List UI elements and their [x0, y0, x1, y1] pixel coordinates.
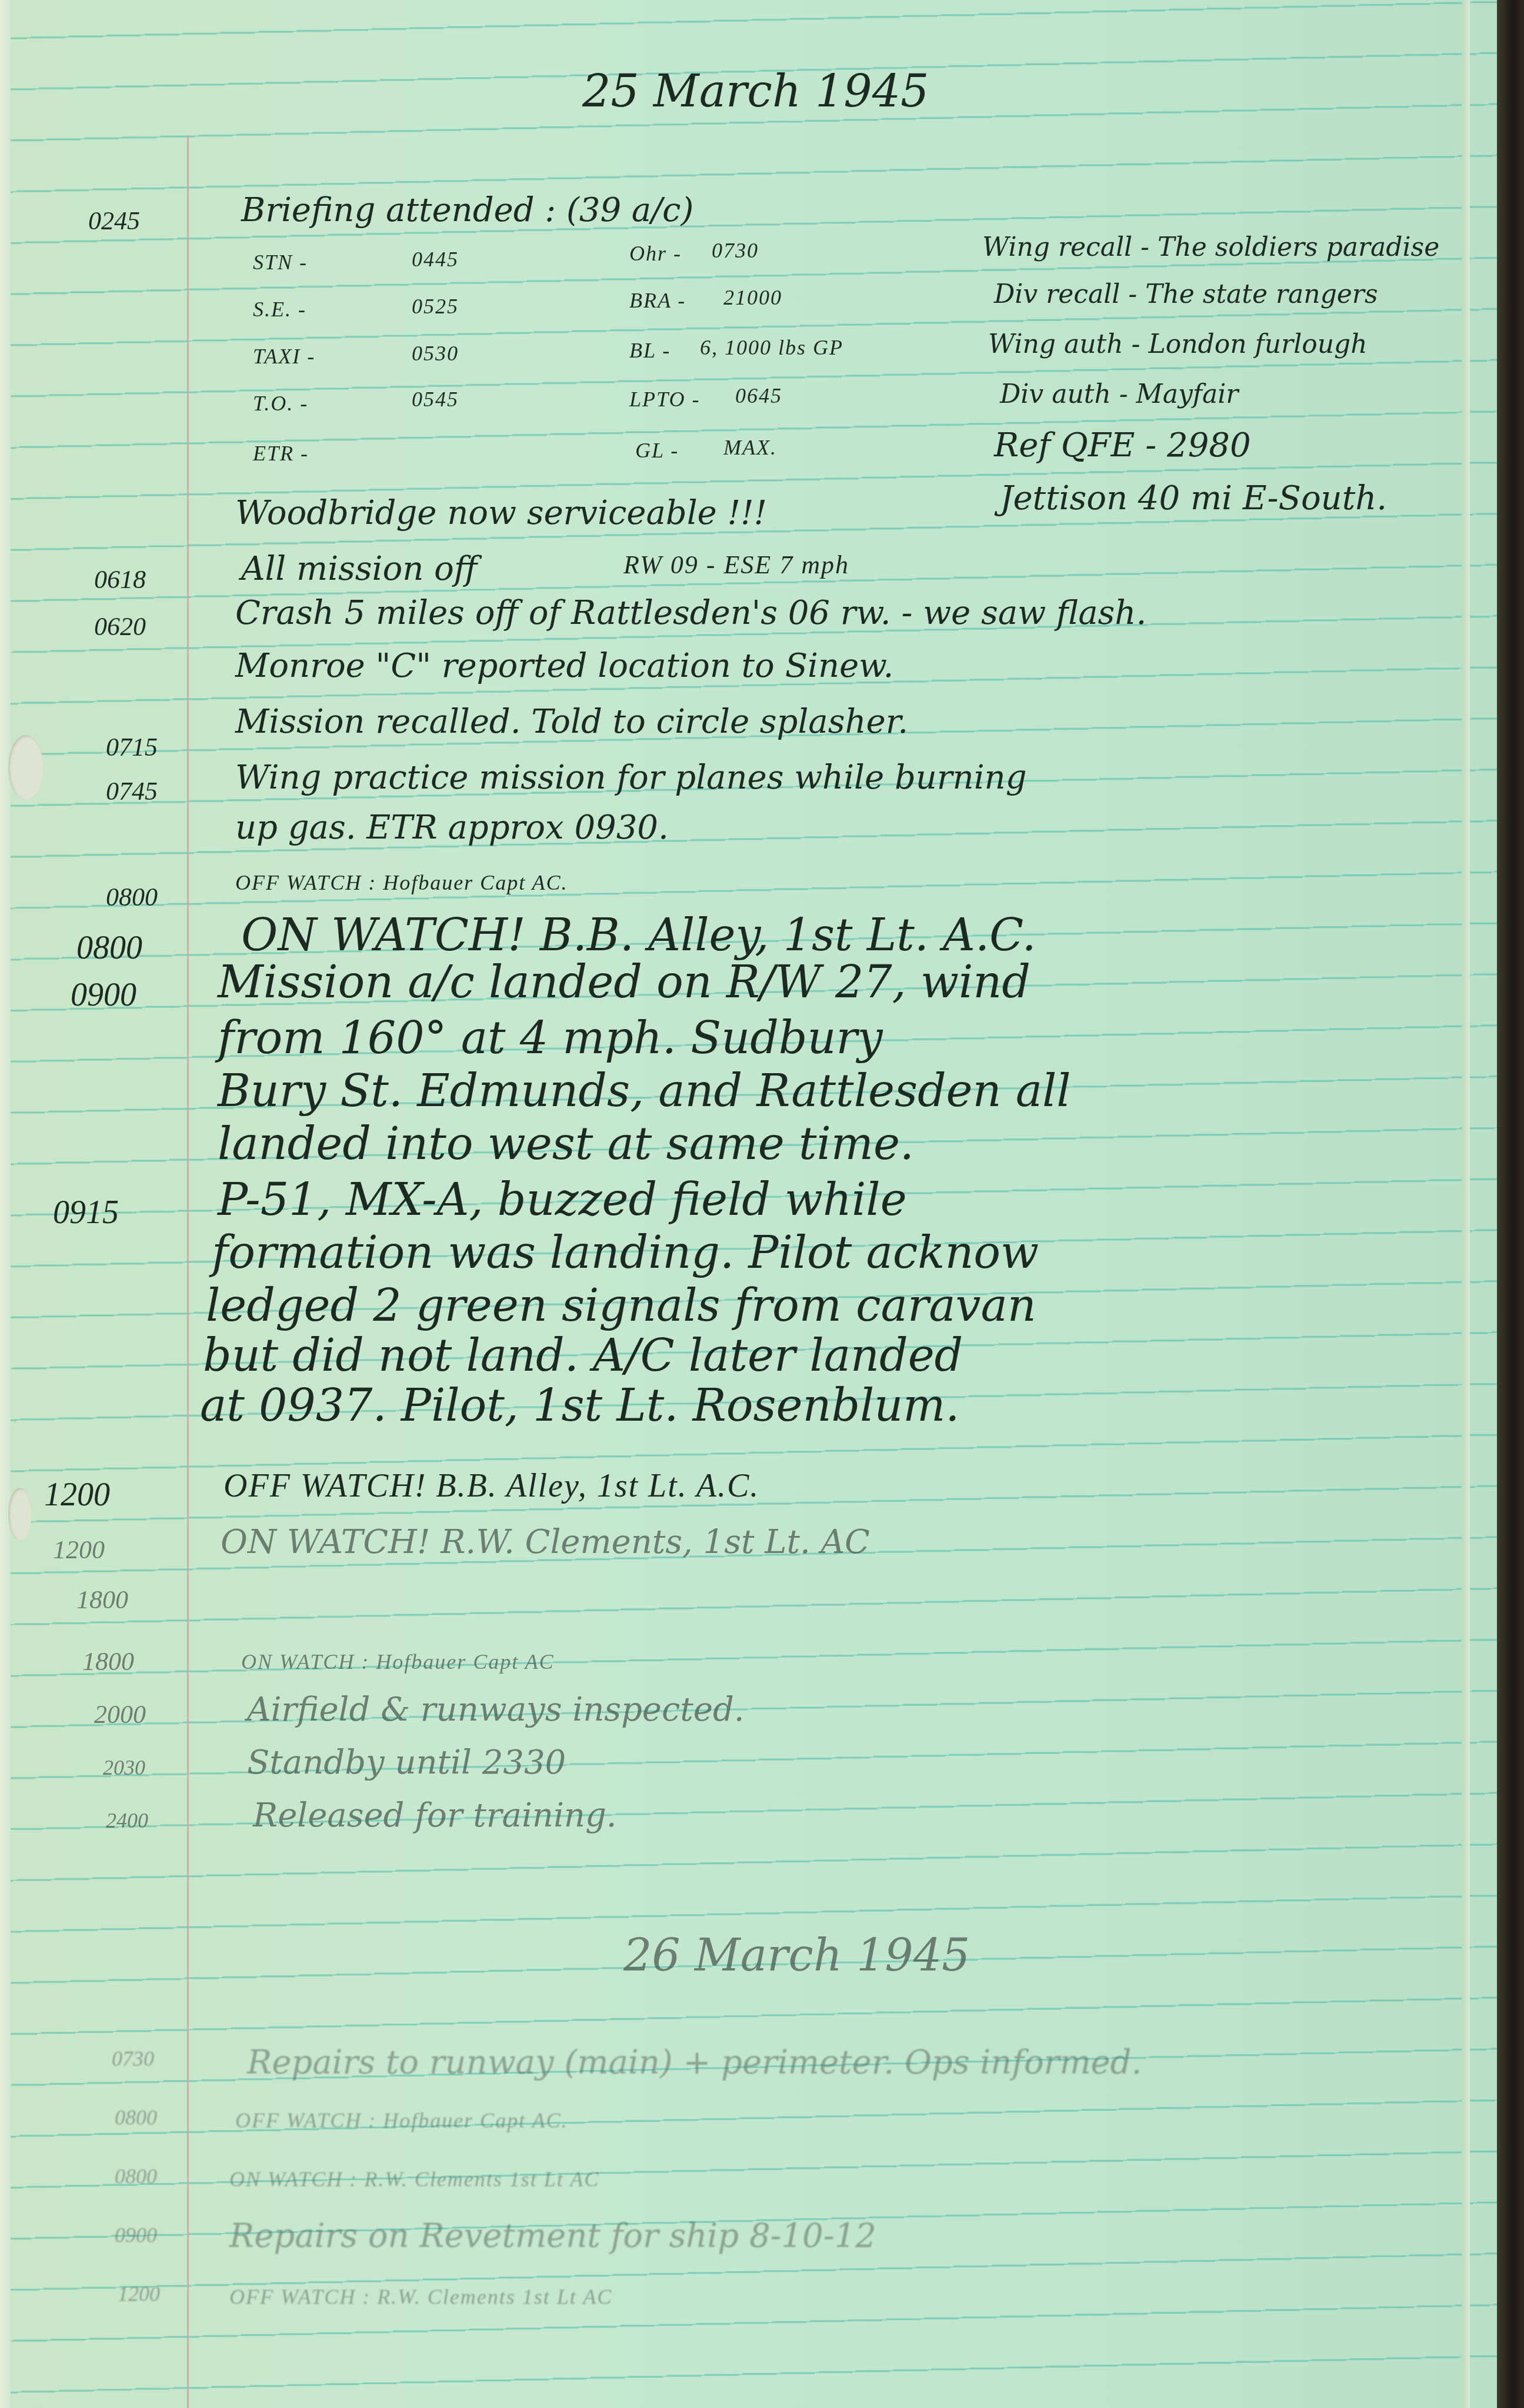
on-watch-entry: ON WATCH! R.W. Clements, 1st Lt. AC	[221, 1523, 870, 1561]
off-watch-entry: OFF WATCH! B.B. Alley, 1st Lt. A.C.	[224, 1467, 759, 1505]
entry-text: Mission a/c landed on R/W 27, wind	[218, 956, 1031, 1008]
entry-text: but did not land. A/C later landed	[203, 1329, 963, 1381]
briefing-value: 0730	[712, 238, 759, 263]
briefing-value: 21000	[723, 285, 782, 310]
entry-time: 0730	[112, 2046, 154, 2071]
entry-time: 1200	[44, 1476, 110, 1514]
briefing-value: 6, 1000 lbs GP	[700, 335, 843, 360]
briefing-label: T.O. -	[253, 391, 308, 416]
briefing-label: BL -	[629, 338, 671, 363]
binding-edge	[0, 0, 11, 2408]
entry-time: 1800	[76, 1585, 128, 1615]
entry-text: Released for training.	[253, 1796, 617, 1835]
entry-text: Bury St. Edmunds, and Rattlesden all	[218, 1064, 1071, 1117]
entry-text: Repairs to runway (main) + perimeter. Op…	[247, 2043, 1142, 2082]
entry-text: Monroe "C" reported location to Sinew.	[235, 647, 893, 685]
off-watch-entry: OFF WATCH : Hofbauer Capt AC.	[235, 870, 568, 895]
briefing-label: BRA -	[629, 288, 686, 313]
briefing-label: STN -	[253, 250, 308, 275]
entry-time: 1200	[53, 1535, 105, 1565]
briefing-value: 0525	[412, 294, 459, 319]
briefing-value: 0545	[412, 387, 459, 412]
page-edge	[1462, 0, 1470, 2408]
entry-time: 0245	[88, 206, 140, 236]
entry-text: Repairs on Revetment for ship 8-10-12	[229, 2217, 876, 2255]
off-watch-entry: OFF WATCH : Hofbauer Capt AC.	[235, 2108, 568, 2133]
entry-text: Wing practice mission for planes while b…	[235, 759, 1027, 797]
briefing-note: Ref QFE - 2980	[994, 426, 1251, 465]
entry-text: up gas. ETR approx 0930.	[235, 809, 669, 847]
briefing-label: TAXI -	[253, 344, 315, 369]
entry-time: 1800	[82, 1646, 134, 1676]
entry-time: 0900	[71, 976, 136, 1014]
entry-time: 0745	[106, 776, 158, 806]
entry-time: 0915	[53, 1194, 119, 1231]
briefing-label: Ohr -	[629, 241, 682, 266]
entry-time: 2030	[103, 1755, 145, 1780]
briefing-value: 0530	[412, 341, 459, 366]
on-watch-entry: ON WATCH! B.B. Alley, 1st Lt. A.C.	[241, 909, 1036, 961]
date-heading: 25 March 1945	[582, 65, 929, 117]
entry-time: 0800	[106, 882, 158, 912]
briefing-label: ETR -	[253, 441, 309, 466]
entry-text: Airfield & runways inspected.	[247, 1691, 745, 1729]
entry-text: Briefing attended : (39 a/c)	[241, 191, 693, 229]
entry-text: landed into west at same time.	[218, 1117, 914, 1170]
entry-text: from 160° at 4 mph. Sudbury	[218, 1011, 883, 1064]
entry-time: 0620	[94, 612, 146, 642]
margin-line	[187, 135, 189, 2408]
entry-text: Crash 5 miles off of Rattlesden's 06 rw.…	[235, 594, 1146, 632]
briefing-note: Wing auth - London furlough	[988, 329, 1368, 359]
entry-time: 0715	[106, 732, 158, 762]
book-spine	[1497, 0, 1524, 2408]
briefing-value: 0445	[412, 247, 459, 272]
briefing-label: GL -	[635, 438, 679, 463]
entry-text: P-51, MX-A, buzzed field while	[218, 1173, 907, 1225]
briefing-note: Div recall - The state rangers	[994, 279, 1378, 309]
briefing-note: Wing recall - The soldiers paradise	[982, 232, 1439, 262]
entry-time: 2000	[94, 1699, 146, 1729]
on-watch-entry: ON WATCH : Hofbauer Capt AC	[241, 1649, 555, 1674]
entry-time: 1200	[118, 2282, 160, 2306]
on-watch-entry: ON WATCH : R.W. Clements 1st Lt AC	[229, 2167, 599, 2192]
entry-time: 0800	[115, 2105, 157, 2130]
runway-note: RW 09 - ESE 7 mph	[623, 550, 849, 580]
entry-text: formation was landing. Pilot acknow	[212, 1226, 1039, 1278]
punch-hole	[8, 735, 44, 800]
date-heading: 26 March 1945	[623, 1929, 970, 1981]
entry-text: ledged 2 green signals from caravan	[206, 1279, 1036, 1331]
briefing-note: Jettison 40 mi E-South.	[1000, 479, 1387, 517]
briefing-label: LPTO -	[629, 387, 700, 412]
off-watch-entry: OFF WATCH : R.W. Clements 1st Lt AC	[229, 2285, 612, 2309]
entry-text: at 0937. Pilot, 1st Lt. Rosenblum.	[200, 1379, 960, 1431]
logbook-page: 25 March 1945 0245 Briefing attended : (…	[0, 0, 1497, 2408]
briefing-note: Div auth - Mayfair	[1000, 379, 1238, 409]
entry-text: Mission recalled. Told to circle splashe…	[235, 703, 908, 741]
entry-time: 0900	[115, 2223, 157, 2247]
entry-text: Woodbridge now serviceable !!!	[235, 494, 767, 532]
entry-time: 0800	[115, 2164, 157, 2189]
briefing-value: 0645	[735, 383, 782, 408]
entry-time: 2400	[106, 1808, 148, 1833]
entry-text: Standby until 2330	[247, 1744, 566, 1782]
punch-hole	[8, 1488, 32, 1541]
entry-time: 0618	[94, 565, 146, 595]
briefing-label: S.E. -	[253, 297, 306, 322]
briefing-value: MAX.	[723, 435, 777, 460]
entry-time: 0800	[76, 929, 142, 967]
entry-text: All mission off	[241, 550, 477, 588]
